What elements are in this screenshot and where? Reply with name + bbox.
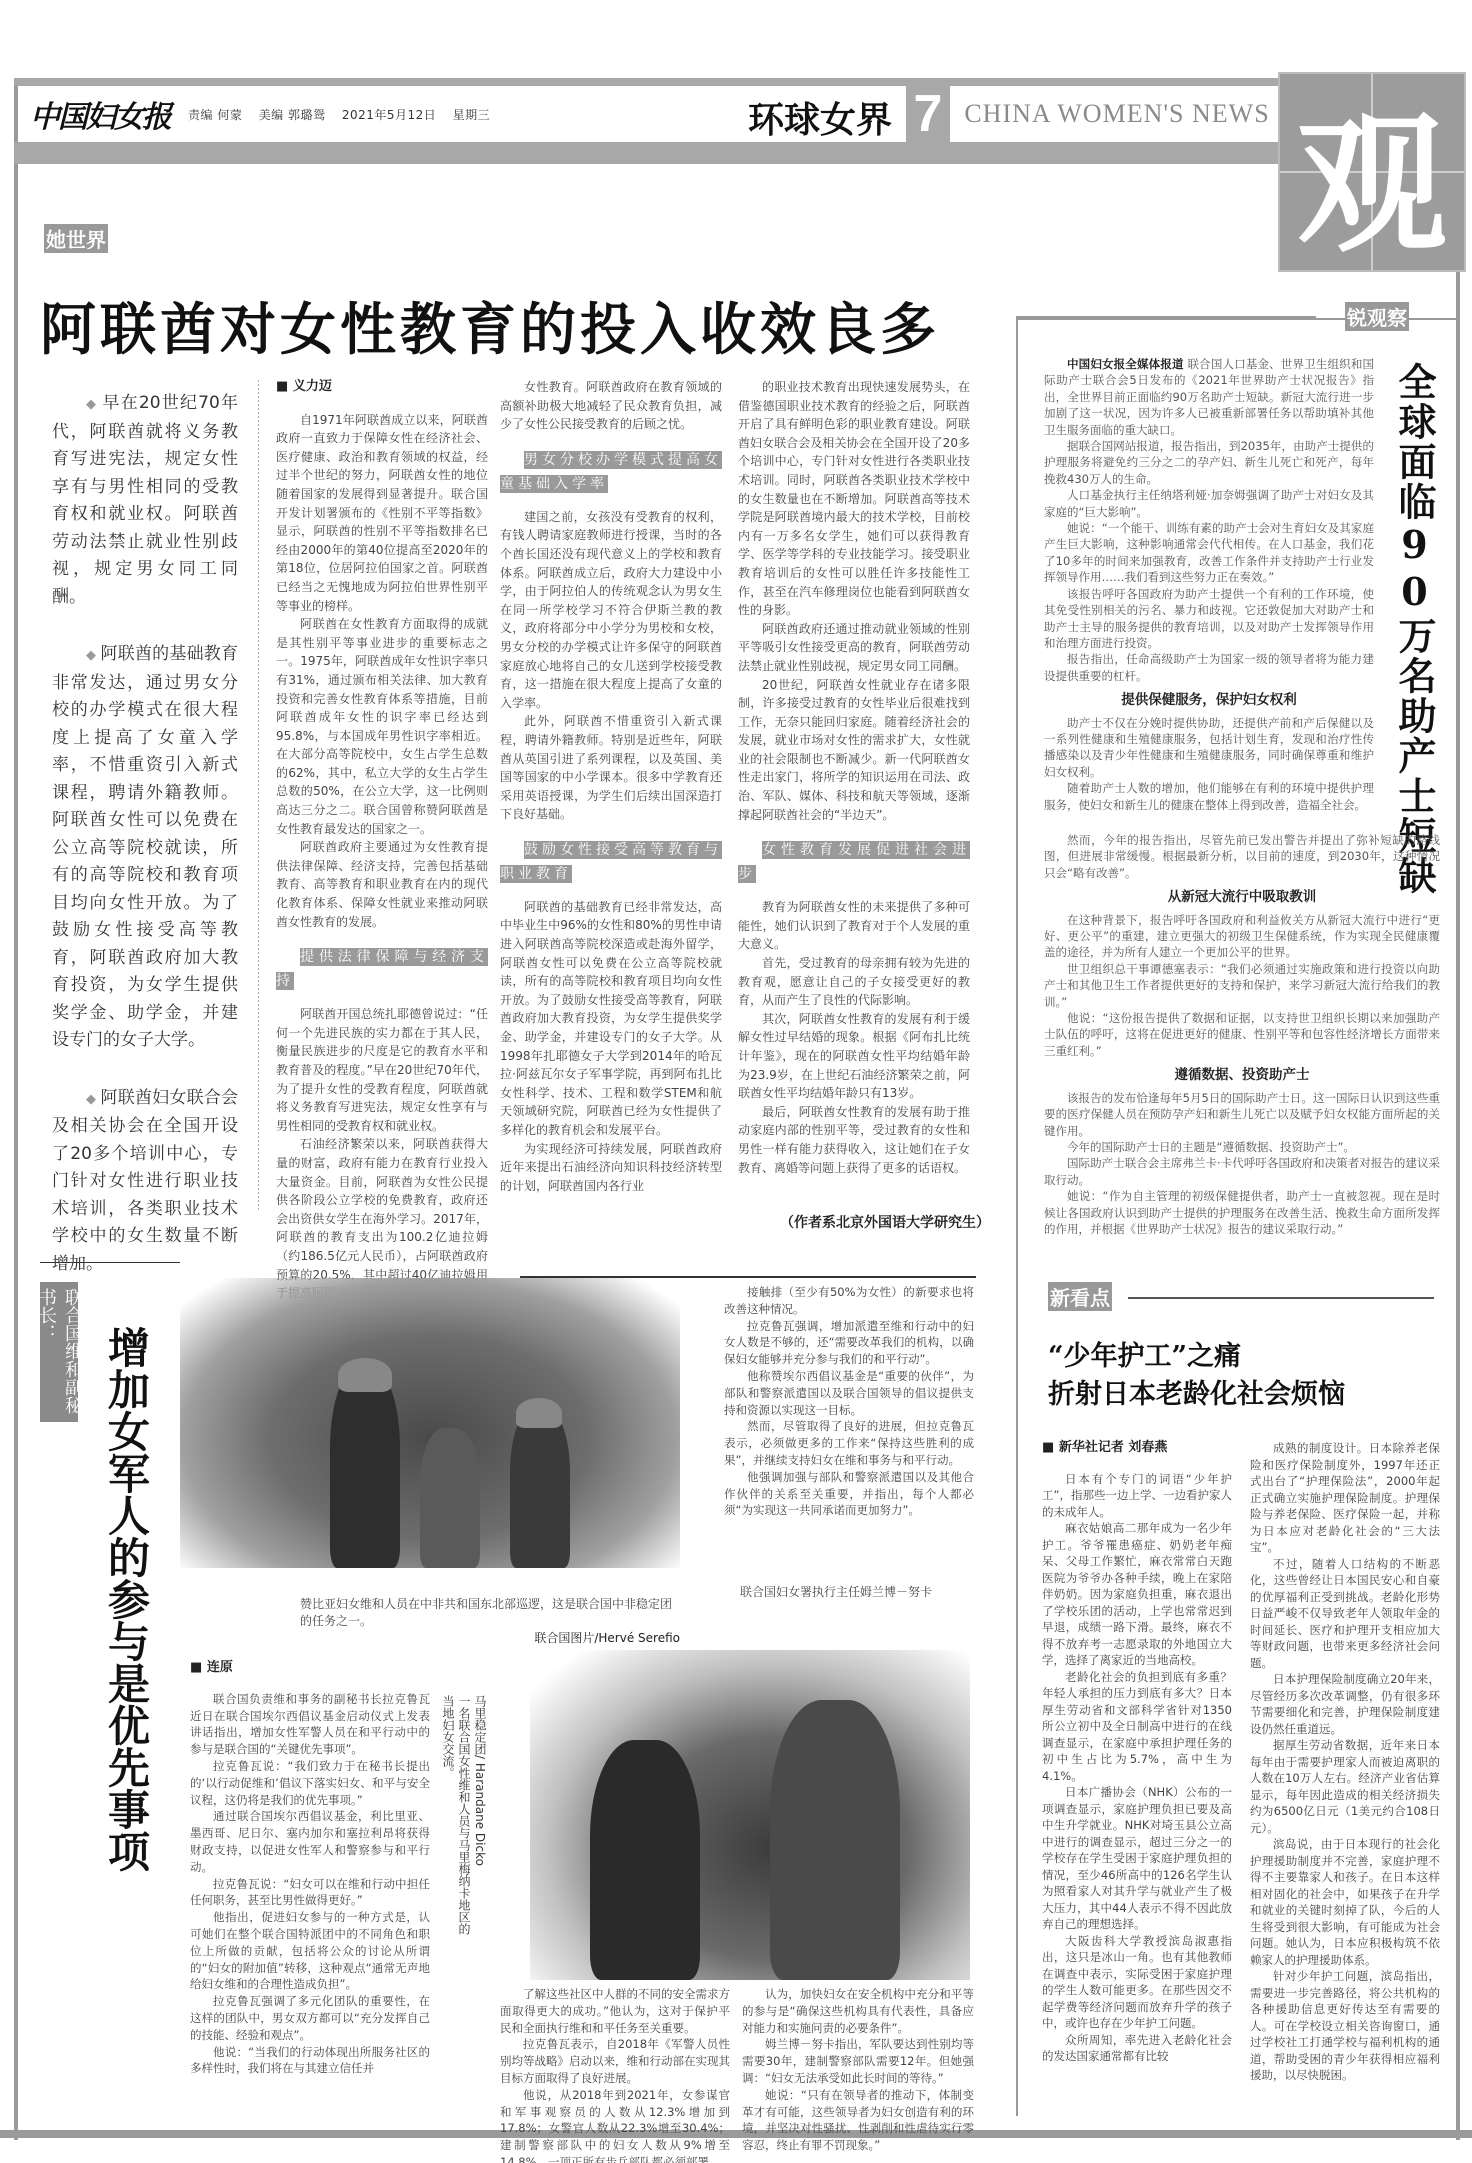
paragraph: 随着助产士人数的增加，他们能够在有利的环境中提供护理服务，使妇女和新生儿的健康在… (1044, 780, 1374, 813)
un-column-top-right: 接触排（至少有50%为女性）的新要求也将改善这种情况。 拉克鲁瓦强调，增加派遣至… (724, 1284, 974, 1519)
paragraph: 众所周知，率先进入老龄化社会的发达国家通常都有比较 (1042, 2032, 1232, 2065)
paragraph: 认为，加快妇女在安全机构中充分和平等的参与是“确保这些机构具有代表性，具备应对能… (742, 1986, 974, 2036)
newspaper-page: 中国妇女报 责编 何蒙 美编 郭璐鸳 2021年5月12日 星期三 环球女界 7… (0, 0, 1472, 2163)
english-title-box: CHINA WOMEN'S NEWS (950, 86, 1284, 142)
paragraph: 联合国负责维和事务的副秘书长拉克鲁瓦近日在联合国埃尔西倡议基金启动仪式上发表讲话… (190, 1691, 430, 1758)
sidebar-column-upper: 中国妇女报全媒体报道 联合国人口基金、世界卫生组织和国际助产士联合会5日发布的《… (1044, 356, 1374, 813)
paragraph: 不过，随着人口结构的不断恶化，这些曾经让日本国民安心和自豪的优厚福利正受到挑战。… (1250, 1556, 1440, 1672)
paragraph: 女性教育。阿联酋政府在教育领域的高额补助极大地减轻了民众教育负担，减少了女性公民… (500, 378, 722, 434)
photo-credit-1: 联合国图片/Hervé Serefio (300, 1630, 680, 1647)
corner-calligraphy-char: 观 (1280, 74, 1464, 270)
summary-item: 阿联酋的基础教育非常发达，通过男女分校的办学模式在很大程度上提高了女童入学率，不… (52, 641, 238, 1055)
paragraph: 滨岛说，由于日本现行的社会化护理援助制度并不完善，家庭护理不得不主要靠家人和孩子… (1250, 1836, 1440, 1968)
paragraph: 大阪齿科大学教授滨岛淑惠指出，这只是冰山一角。也有其他教师在调查中表示，实际受困… (1042, 1933, 1232, 2032)
paragraph: 拉克鲁瓦说：“我们致力于在秘书长提出的‘以行动促维和’倡议下落实妇女、和平与安全… (190, 1758, 430, 1808)
summary-item: 阿联酋妇女联合会及相关协会在全国开设了20多个培训中心，专门针对女性进行职业技术… (52, 1085, 238, 1279)
paragraph: 首先，受过教育的母亲拥有较为先进的教育观，愿意让自己的子女接受更好的教育，从而产… (738, 954, 970, 1010)
un-kicker: 联合国维和副秘书长： (40, 1282, 78, 1422)
column-tag-observation: 锐观察 (1345, 302, 1409, 331)
paragraph: 教育为阿联酋女性的未来提供了多种可能性，她们认识到了教育对于个人发展的重大意义。 (738, 898, 970, 954)
paragraph: 拉克鲁瓦强调了多元化团队的重要性，在这样的团队中，男女双方都可以“充分发挥自己的… (190, 1993, 430, 2043)
editor-credit: 责编 何蒙 (188, 108, 242, 122)
paragraph: 老龄化社会的负担到底有多重？年轻人承担的压力到底有多大？日本厚生劳动省和文部科学… (1042, 1669, 1232, 1785)
quote-credit: 联合国妇女署执行主任姆兰博－努卡 (740, 1583, 932, 1600)
paragraph: 拉克鲁瓦表示，自2018年《军警人员性别均等战略》启动以来，维和行动部在实现其目… (500, 2036, 730, 2086)
newspaper-logo: 中国妇女报 (30, 92, 170, 136)
uae-column-1: 义力迈 自1971年阿联酋成立以来，阿联酋政府一直致力于保障女性在经济社会、医疗… (276, 378, 488, 1303)
subhead: 男女分校办学模式提高女童基础入学率 (500, 448, 722, 496)
page-frame-right (1456, 78, 1460, 2140)
un-column-2: 了解这些社区中人群的不同的安全需求方面取得更大的成功。”他认为，这对于保护平民和… (500, 1986, 730, 2163)
paragraph: 然而，今年的报告指出，尽管先前已发出警告并提出了弥补短缺的路线图，但进展非常缓慢… (1044, 832, 1440, 881)
sidebar-subhead: 从新冠大流行中吸取教训 (1044, 889, 1440, 905)
paragraph: 报告指出，任命高级助产士为国家一级的领导者将为能力建设提供重要的杠杆。 (1044, 651, 1374, 684)
paragraph: 20世纪，阿联酋女性就业存在诸多限制，许多接受过教育的女性毕业后很难找到工作，无… (738, 676, 970, 825)
main-headline: 阿联酋对女性教育的投入收效良多 (40, 286, 940, 366)
paragraph: 针对少年护工问题，滨岛指出，需要进一步完善路径，将公共机构的各种援助信息更好传达… (1250, 1968, 1440, 2084)
un-column-3: 认为，加快妇女在安全机构中充分和平等的参与是“确保这些机构具有代表性，具备应对能… (742, 1986, 974, 2154)
uae-column-2: 女性教育。阿联酋政府在教育领域的高额补助极大地减轻了民众教育负担，减少了女性公民… (500, 378, 722, 1195)
column-tag-her-world: 她世界 (44, 224, 108, 253)
section-divider-left (40, 1262, 180, 1263)
paragraph: 接触排（至少有50%为女性）的新要求也将改善这种情况。 (724, 1284, 974, 1318)
paragraph: 成熟的制度设计。日本除养老保险和医疗保险制度外，1997年还正式出台了“护理保险… (1250, 1440, 1440, 1556)
japan-headline: “少年护工”之痛 折射日本老龄化社会烦恼 (1048, 1338, 1345, 1414)
issue-date: 2021年5月12日 (342, 108, 436, 122)
corner-calligraphy-box: 观 (1278, 72, 1466, 272)
sidebar-subhead: 遵循数据、投资助产士 (1044, 1067, 1440, 1083)
un-column-1: 连原 联合国负责维和事务的副秘书长拉克鲁瓦近日在联合国埃尔西倡议基金启动仪式上发… (190, 1660, 430, 2077)
byline: 连原 (190, 1660, 430, 1677)
article-summary: 早在20世纪70年代，阿联酋就将义务教育写进宪法，规定女性享有与男性相同的受教育… (52, 390, 238, 1308)
page-number: 7 (914, 88, 943, 140)
paragraph: 其次，阿联酋女性教育的发展有利于缓解女性过早结婚的现象。根据《阿布扎比统计年鉴》… (738, 1010, 970, 1103)
subhead: 女性教育发展促进社会进步 (738, 838, 970, 886)
paragraph: 今年的国际助产士日的主题是“遵循数据、投资助产士”。 (1044, 1139, 1440, 1155)
paragraph: 然而，尽管取得了良好的进展，但拉克鲁瓦表示，必须做更多的工作来“保持这些胜利的成… (724, 1418, 974, 1468)
section-name: 环球女界 (748, 92, 892, 143)
photo-credit-2: 马里稳定团/ Harandane Dicko (473, 1695, 487, 1866)
paragraph: 的职业技术教育出现快速发展势头，在借鉴德国职业技术教育的经验之后，阿联酋开启了具… (738, 378, 970, 620)
page-number-box: 7 (906, 86, 950, 142)
paragraph: 阿联酋政府主要通过为女性教育提供法律保障、经济支持，完善包括基础教育、高等教育和… (276, 838, 488, 931)
paragraph: 他说，从2018年到2021年，女参谋官和军事观察员的人数从12.3%增加到17… (500, 2087, 730, 2163)
author-note: （作者系北京外国语大学研究生） (780, 1212, 990, 1232)
byline: 新华社记者 刘春燕 (1042, 1440, 1232, 1457)
masthead-top-bar (14, 78, 1284, 86)
column-divider (258, 380, 259, 1210)
paragraph: 他强调加强与部队和警察派遣国以及其他合作伙伴的关系至关重要，并指出，每个人都必须… (724, 1469, 974, 1519)
paragraph: 在这种背景下，报告呼吁各国政府和利益攸关方从新冠大流行中进行“更好、更公平”的重… (1044, 912, 1440, 961)
sidebar-headline: 全球面临90万名助产士短缺 (1392, 362, 1436, 896)
japan-column-1: 新华社记者 刘春燕 日本有个专门的词语“少年护工”，指那些一边上学、一边看护家人… (1042, 1440, 1232, 2065)
masthead: 中国妇女报 责编 何蒙 美编 郭璐鸳 2021年5月12日 星期三 环球女界 (18, 86, 906, 142)
paragraph: 他称赞埃尔西倡议基金是“重要的伙伴”，为部队和警察派遣国以及联合国领导的倡议提供… (724, 1368, 974, 1418)
paragraph: 拉克鲁瓦强调，增加派遣至维和行动中的妇女人数是不够的，还“需要改革我们的机构，以… (724, 1318, 974, 1368)
paragraph: 她说：“只有在领导者的推动下，体制变革才有可能，这些领导者为妇女创造有利的环境，… (742, 2087, 974, 2154)
photo-caption-1: 赞比亚妇女维和人员在中非共和国东北部巡逻，这是联合国中非稳定团的任务之一。 联合… (300, 1596, 680, 1647)
paragraph: 日本护理保险制度确立20年来，尽管经历多次改革调整，仍有很多环节需要细化和完善，… (1250, 1671, 1440, 1737)
paragraph: 阿联酋政府还通过推动就业领域的性别平等吸引女性接受更高的教育，阿联酋劳动法禁止就… (738, 620, 970, 676)
subhead: 提供法律保障与经济支持 (276, 945, 488, 993)
english-title: CHINA WOMEN'S NEWS (964, 99, 1269, 129)
paragraph: 姆兰博－努卡指出，军队要达到性别均等需要30年，建制警察部队需要12年。但她强调… (742, 2036, 974, 2086)
subhead: 鼓励女性接受高等教育与职业教育 (500, 838, 722, 886)
paragraph: 自1971年阿联酋成立以来，阿联酋政府一直致力于保障女性在经济社会、医疗健康、政… (276, 411, 488, 616)
paragraph: 他指出，促进妇女参与的一种方式是，认可她们在整个联合国特派团中的不同角色和职位上… (190, 1909, 430, 1993)
uae-column-3: 的职业技术教育出现快速发展势头，在借鉴德国职业技术教育的经验之后，阿联酋开启了具… (738, 378, 970, 1177)
paragraph: 阿联酋的基础教育已经非常发达，高中毕业生中96%的女性和80%的男性申请进入阿联… (500, 898, 722, 1140)
photo-caption-2: 马里稳定团/ Harandane Dicko 一名联合国女性维和人员与马里梅纳卡… (440, 1695, 488, 1945)
page-frame-left (14, 78, 18, 2140)
paragraph: 她说：“一个能干、训练有素的助产士会对生育妇女及其家庭产生巨大影响，这种影响通常… (1044, 520, 1374, 586)
photo-peacekeepers-patrol (180, 1278, 680, 1568)
paragraph: 助产士不仅在分娩时提供协助，还提供产前和产后保健以及一系列性健康和生殖健康服务，… (1044, 715, 1374, 781)
un-headline: 增加女军人的参与是优先事项 (96, 1326, 156, 1872)
paragraph: 日本有个专门的词语“少年护工”，指那些一边上学、一边看护家人的未成年人。 (1042, 1471, 1232, 1521)
paragraph: 麻衣姑娘高二那年成为一名少年护工。爷爷罹患癌症、奶奶老年痴呆、父母工作繁忙，麻衣… (1042, 1520, 1232, 1669)
sidebar-subhead: 提供保健服务，保护妇女权利 (1044, 692, 1374, 708)
sidebar-column-lower: 然而，今年的报告指出，尽管先前已发出警告并提出了弥补短缺的路线图，但进展非常缓慢… (1044, 832, 1440, 1237)
masthead-band (14, 142, 1284, 164)
paragraph: 中国妇女报全媒体报道 联合国人口基金、世界卫生组织和国际助产士联合会5日发布的《… (1044, 356, 1374, 438)
paragraph: 该报告呼吁各国政府为助产士提供一个有利的工作环境，使其免受性别相关的污名、暴力和… (1044, 586, 1374, 652)
paragraph: 通过联合国埃尔西倡议基金，利比里亚、墨西哥、尼日尔、塞内加尔和塞拉利昂将获得财政… (190, 1808, 430, 1875)
japan-column-2: 成熟的制度设计。日本除养老保险和医疗保险制度外，1997年还正式出台了“护理保险… (1250, 1440, 1440, 2084)
masthead-meta: 责编 何蒙 美编 郭璐鸳 2021年5月12日 星期三 (188, 106, 502, 123)
paragraph: 他说：“当我们的行动体现出所服务社区的多样性时，我们将在与其建立信任并 (190, 2044, 430, 2078)
paragraph: 人口基金执行主任纳塔利娅·加奈姆强调了助产士对妇女及其家庭的“巨大影响”。 (1044, 487, 1374, 520)
byline: 义力迈 (276, 378, 488, 397)
issue-weekday: 星期三 (453, 108, 491, 122)
lead-label: 中国妇女报全媒体报道 (1067, 357, 1184, 371)
paragraph: 世卫组织总干事谭德塞表示：“我们必须通过实施政策和进行投资以向助产士和其他卫生工… (1044, 961, 1440, 1010)
paragraph: 阿联酋在女性教育方面取得的成就是其性别平等事业进步的重要标志之一。1975年，阿… (276, 615, 488, 838)
column-tag-new-focus: 新看点 (1048, 1282, 1112, 1311)
photo-peacekeeper-with-women (530, 1650, 970, 1980)
paragraph: 日本广播协会（NHK）公布的一项调查显示，家庭护理负担已要及高中生升学就业。NH… (1042, 1784, 1232, 1933)
paragraph: 最后，阿联酋女性教育的发展有助于推动家庭内部的性别平等，受过教育的女性和男性一样… (738, 1103, 970, 1177)
paragraph: 建国之前，女孩没有受教育的权利，有钱人聘请家庭教师进行授课，当时的各个酋长国还没… (500, 508, 722, 713)
summary-item: 早在20世纪70年代，阿联酋就将义务教育写进宪法，规定女性享有与男性相同的受教育… (52, 390, 238, 611)
paragraph: 该报告的发布恰逢每年5月5日的国际助产士日。这一国际日认识到这些重要的医疗保健人… (1044, 1090, 1440, 1139)
page-frame-bottom (0, 2130, 1472, 2138)
paragraph: 为实现经济可持续发展，阿联酋政府近年来提出石油经济向知识科技经济转型的计划，阿联… (500, 1140, 722, 1196)
paragraph: 此外，阿联酋不惜重资引入新式课程，聘请外籍教师。特别是近些年，阿联酋从英国引进了… (500, 712, 722, 824)
designer-credit: 美编 郭璐鸳 (259, 108, 326, 122)
paragraph: 阿联酋开国总统扎耶德曾说过：“任何一个先进民族的实力都在于其人民，衡量民族进步的… (276, 1005, 488, 1135)
paragraph: 了解这些社区中人群的不同的安全需求方面取得更大的成功。”他认为，这对于保护平民和… (500, 1986, 730, 2036)
paragraph: 拉克鲁瓦说：“妇女可以在维和行动中担任任何职务，甚至比男性做得更好。” (190, 1876, 430, 1910)
tag-rule (1128, 1297, 1434, 1299)
paragraph: 他说：“这份报告提供了数据和证据，以支持世卫组织长期以来加强助产士队伍的呼吁，这… (1044, 1010, 1440, 1059)
paragraph: 据厚生劳动省数据，近年来日本每年由于需要护理家人而被迫离职的人数在10万人左右。… (1250, 1737, 1440, 1836)
paragraph: 据联合国网站报道，报告指出，到2035年，由助产士提供的护理服务将避免约三分之二… (1044, 438, 1374, 487)
paragraph: 国际助产士联合会主席弗兰卡·卡代呼吁各国政府和决策者对报告的建议采取行动。 (1044, 1155, 1440, 1188)
column-tag-text: 她世界 (44, 224, 108, 253)
paragraph: 她说：“作为自主管理的初级保健提供者，助产士一直被忽视。现在是时候让各国政府认识… (1044, 1188, 1440, 1237)
